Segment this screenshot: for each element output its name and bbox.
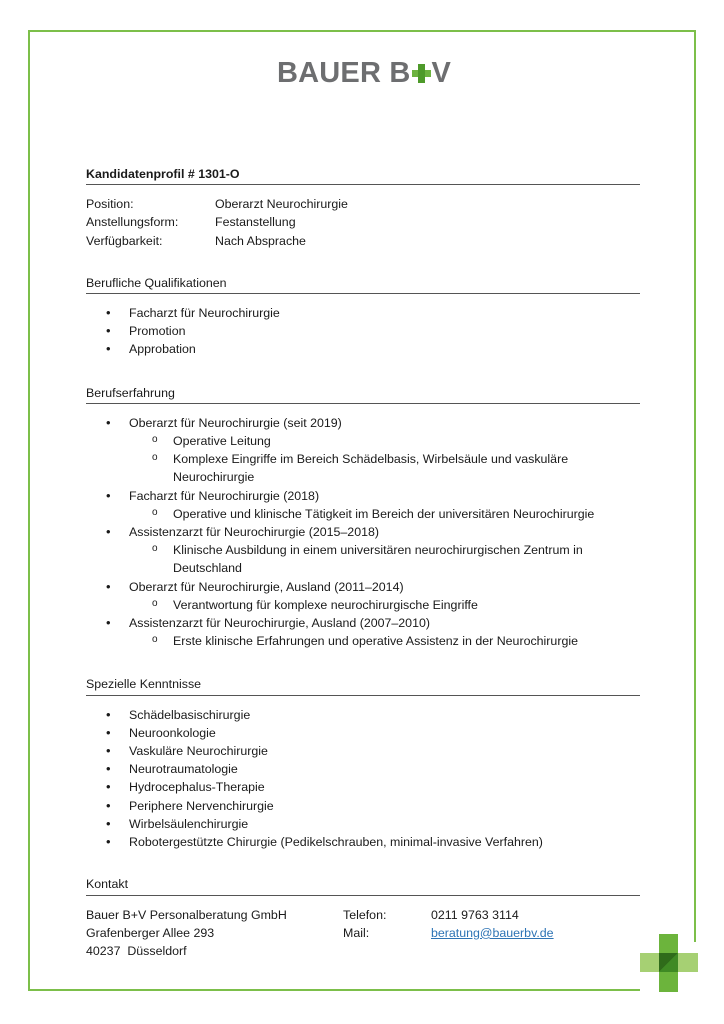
experience-detail: Komplexe Eingriffe im Bereich Schädelbas… xyxy=(86,450,640,486)
email-link[interactable]: beratung@bauerbv.de xyxy=(431,926,554,940)
contact-street: Grafenberger Allee 293 xyxy=(86,924,343,942)
logo-text-right: V xyxy=(432,57,452,89)
experience-item: Oberarzt für Neurochirurgie, Ausland (20… xyxy=(86,578,640,596)
experience-detail: Operative Leitung xyxy=(86,432,640,450)
experience-detail: Operative und klinische Tätigkeit im Ber… xyxy=(86,505,640,523)
contact-city: 40237 Düsseldorf xyxy=(86,942,343,960)
contact-labels: Telefon: Mail: xyxy=(343,906,431,961)
field-employment-type: Anstellungsform: Festanstellung xyxy=(86,213,640,231)
list-item: Vaskuläre Neurochirurgie xyxy=(86,742,640,760)
field-label: Position: xyxy=(86,195,215,213)
contact-values: 0211 9763 3114 beratung@bauerbv.de xyxy=(431,906,554,961)
phone-number: 0211 9763 3114 xyxy=(431,906,554,924)
company-logo: BAUER BV xyxy=(277,57,449,89)
experience-list: Oberarzt für Neurochirurgie (seit 2019) … xyxy=(86,414,640,651)
experience-detail: Erste klinische Erfahrungen und operativ… xyxy=(86,632,640,650)
logo-text-left: BAUER B xyxy=(277,57,411,89)
phone-label: Telefon: xyxy=(343,906,431,924)
candidate-profile: Kandidatenprofil # 1301-O Position: Ober… xyxy=(86,165,640,960)
qualifications-heading: Berufliche Qualifikationen xyxy=(86,274,640,294)
list-item: Hydrocephalus-Therapie xyxy=(86,778,640,796)
field-value: Oberarzt Neurochirurgie xyxy=(215,195,348,213)
list-item: Neuroonkologie xyxy=(86,724,640,742)
page-frame-top xyxy=(28,30,696,32)
field-value: Nach Absprache xyxy=(215,232,306,250)
qualifications-list: Facharzt für Neurochirurgie Promotion Ap… xyxy=(86,304,640,359)
experience-item: Assistenzarzt für Neurochirurgie, Auslan… xyxy=(86,614,640,632)
list-item: Approbation xyxy=(86,340,640,358)
contact-block: Bauer B+V Personalberatung GmbH Grafenbe… xyxy=(86,906,640,961)
page-frame-bottom xyxy=(28,989,640,991)
field-value: Festanstellung xyxy=(215,213,296,231)
field-label: Anstellungsform: xyxy=(86,213,215,231)
contact-heading: Kontakt xyxy=(86,875,640,895)
page-frame-right xyxy=(694,30,696,942)
plus-cross-icon xyxy=(640,934,698,992)
experience-heading: Berufserfahrung xyxy=(86,384,640,404)
experience-detail: Klinische Ausbildung in einem universitä… xyxy=(86,541,640,577)
field-position: Position: Oberarzt Neurochirurgie xyxy=(86,195,640,213)
list-item: Promotion xyxy=(86,322,640,340)
field-availability: Verfügbarkeit: Nach Absprache xyxy=(86,232,640,250)
field-label: Verfügbarkeit: xyxy=(86,232,215,250)
list-item: Facharzt für Neurochirurgie xyxy=(86,304,640,322)
experience-detail: Verantwortung für komplexe neurochirurgi… xyxy=(86,596,640,614)
profile-title: Kandidatenprofil # 1301-O xyxy=(86,165,640,185)
experience-item: Facharzt für Neurochirurgie (2018) xyxy=(86,487,640,505)
experience-item: Oberarzt für Neurochirurgie (seit 2019) xyxy=(86,414,640,432)
list-item: Periphere Nervenchirurgie xyxy=(86,797,640,815)
contact-address: Bauer B+V Personalberatung GmbH Grafenbe… xyxy=(86,906,343,961)
list-item: Wirbelsäulenchirurgie xyxy=(86,815,640,833)
logo-plus-icon xyxy=(412,64,431,83)
contact-company: Bauer B+V Personalberatung GmbH xyxy=(86,906,343,924)
skills-list: Schädelbasischirurgie Neuroonkologie Vas… xyxy=(86,706,640,852)
list-item: Neurotraumatologie xyxy=(86,760,640,778)
skills-heading: Spezielle Kenntnisse xyxy=(86,675,640,695)
list-item: Schädelbasischirurgie xyxy=(86,706,640,724)
profile-fields: Position: Oberarzt Neurochirurgie Anstel… xyxy=(86,195,640,250)
experience-item: Assistenzarzt für Neurochirurgie (2015–2… xyxy=(86,523,640,541)
mail-label: Mail: xyxy=(343,924,431,942)
page-frame-left xyxy=(28,30,30,991)
list-item: Robotergestützte Chirurgie (Pedikelschra… xyxy=(86,833,640,851)
